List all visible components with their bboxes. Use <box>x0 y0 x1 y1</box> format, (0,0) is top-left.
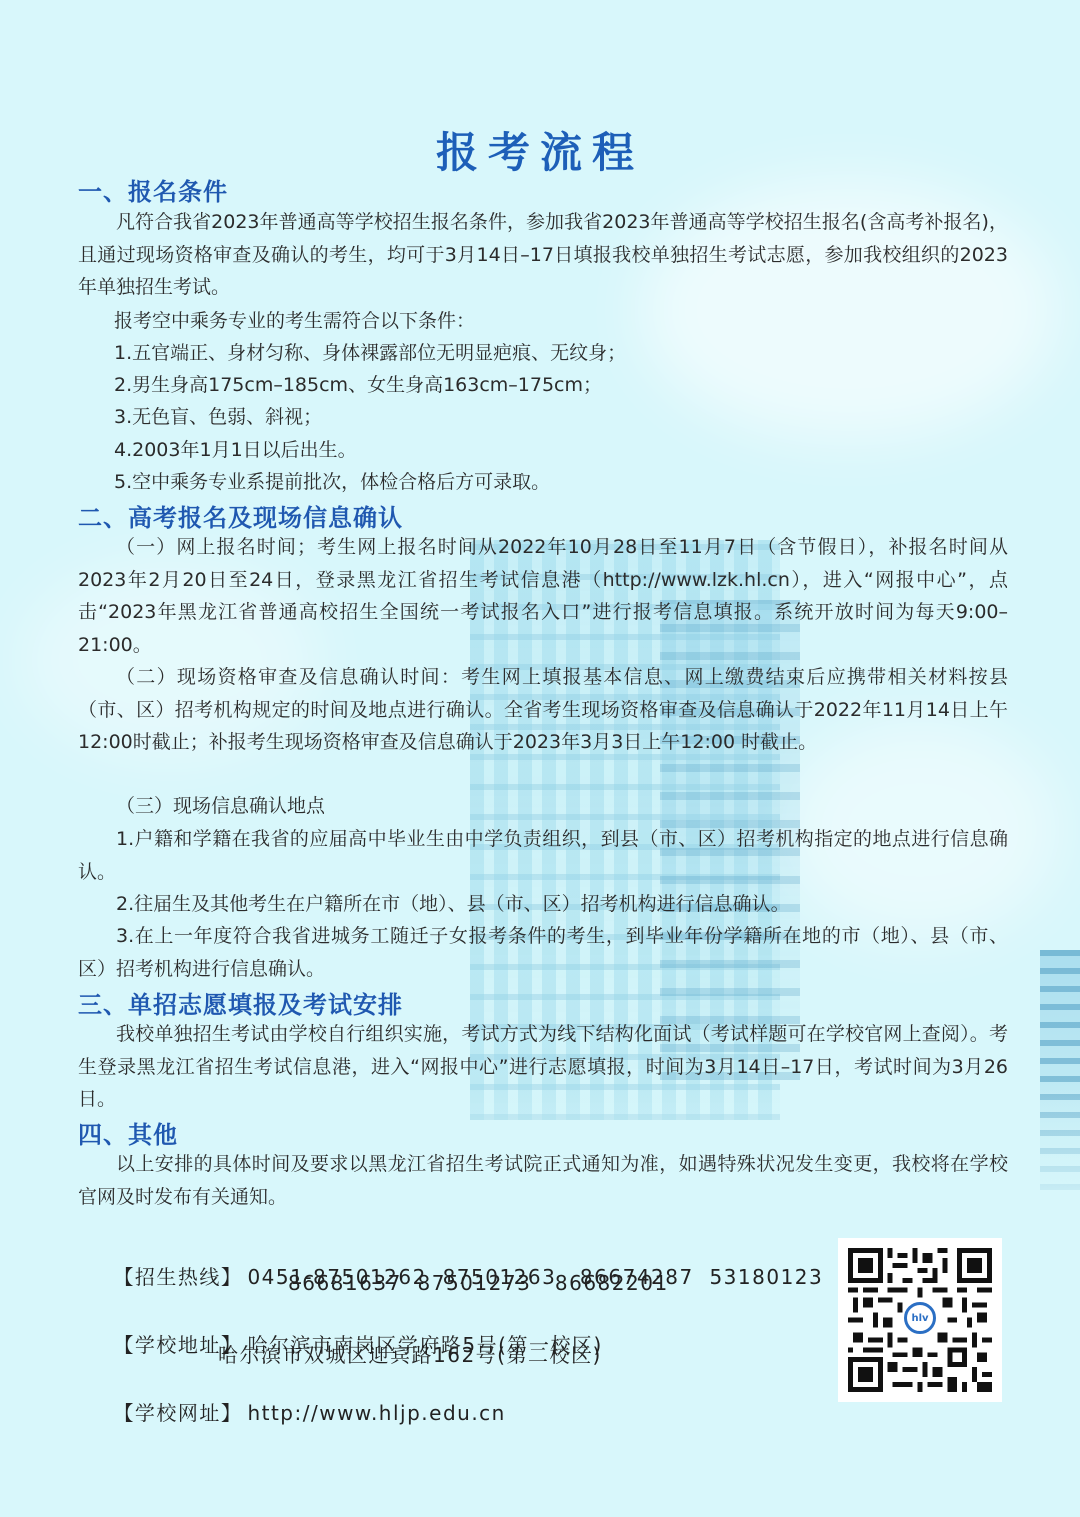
section-heading-1: 一、报名条件 <box>78 172 228 207</box>
location-item: 3.在上一年度符合我省进城务工随迁子女报考条件的考生，到毕业年份学籍所在地的市（… <box>78 920 1008 985</box>
condition-item: 1.五官端正、身材匀称、身体裸露部位无明显疤痕、无纹身； <box>114 337 626 370</box>
address-campus-2: 哈尔滨市双城区迎宾路162号(第二校区) <box>218 1339 602 1368</box>
location-item: 1.户籍和学籍在我省的应届高中毕业生由中学负责组织，到县（市、区）招考机构指定的… <box>78 823 1008 888</box>
section-1-paragraph: 凡符合我省2023年普通高等学校招生报名条件，参加我省2023年普通高等学校招生… <box>78 206 1008 304</box>
online-registration-paragraph: （一）网上报名时间；考生网上报名时间从2022年10月28日至11月7日（含节假… <box>78 531 1008 661</box>
location-item: 2.往届生及其他考生在户籍所在市（地）、县（市、区）招考机构进行信息确认。 <box>78 888 1008 921</box>
condition-item: 2.男生身高175cm–185cm、女生身高163cm–175cm； <box>114 369 602 402</box>
website-label: 【学校网址】 <box>113 1397 247 1426</box>
hotline-numbers-line2: 86681637 87501273 86682201 <box>288 1271 669 1295</box>
onsite-review-paragraph: （二）现场资格审查及信息确认时间：考生网上填报基本信息、网上缴费结束后应携带相关… <box>78 661 1008 759</box>
section-3-paragraph: 我校单独招生考试由学校自行组织实施，考试方式为线下结构化面试（考试样题可在学校官… <box>78 1018 1008 1116</box>
condition-item: 4.2003年1月1日以后出生。 <box>114 434 357 467</box>
website-link[interactable]: http://www.hljp.edu.cn <box>247 1401 505 1425</box>
section-heading-3: 三、单招志愿填报及考试安排 <box>78 985 403 1020</box>
conditions-intro: 报考空中乘务专业的考生需符合以下条件： <box>114 305 475 338</box>
flyer-page: 报考流程 一、报名条件 凡符合我省2023年普通高等学校招生报名条件，参加我省2… <box>0 0 1080 1517</box>
qr-code: hlv <box>838 1238 1002 1402</box>
page-title: 报考流程 <box>0 120 1080 180</box>
confirm-location-heading: （三）现场信息确认地点 <box>78 790 1008 823</box>
condition-item: 3.无色盲、色弱、斜视； <box>114 401 322 434</box>
hotline-label: 【招生热线】 <box>113 1261 247 1290</box>
section-heading-2: 二、高考报名及现场信息确认 <box>78 498 403 533</box>
condition-item: 5.空中乘务专业系提前批次，体检合格后方可录取。 <box>114 466 550 499</box>
section-heading-4: 四、其他 <box>78 1115 178 1150</box>
section-4-paragraph: 以上安排的具体时间及要求以黑龙江省招生考试院正式通知为准，如遇特殊状况发生变更，… <box>78 1148 1008 1213</box>
school-logo-icon: hlv <box>904 1302 936 1334</box>
website-row: 【学校网址】http://www.hljp.edu.cn <box>82 1373 506 1450</box>
